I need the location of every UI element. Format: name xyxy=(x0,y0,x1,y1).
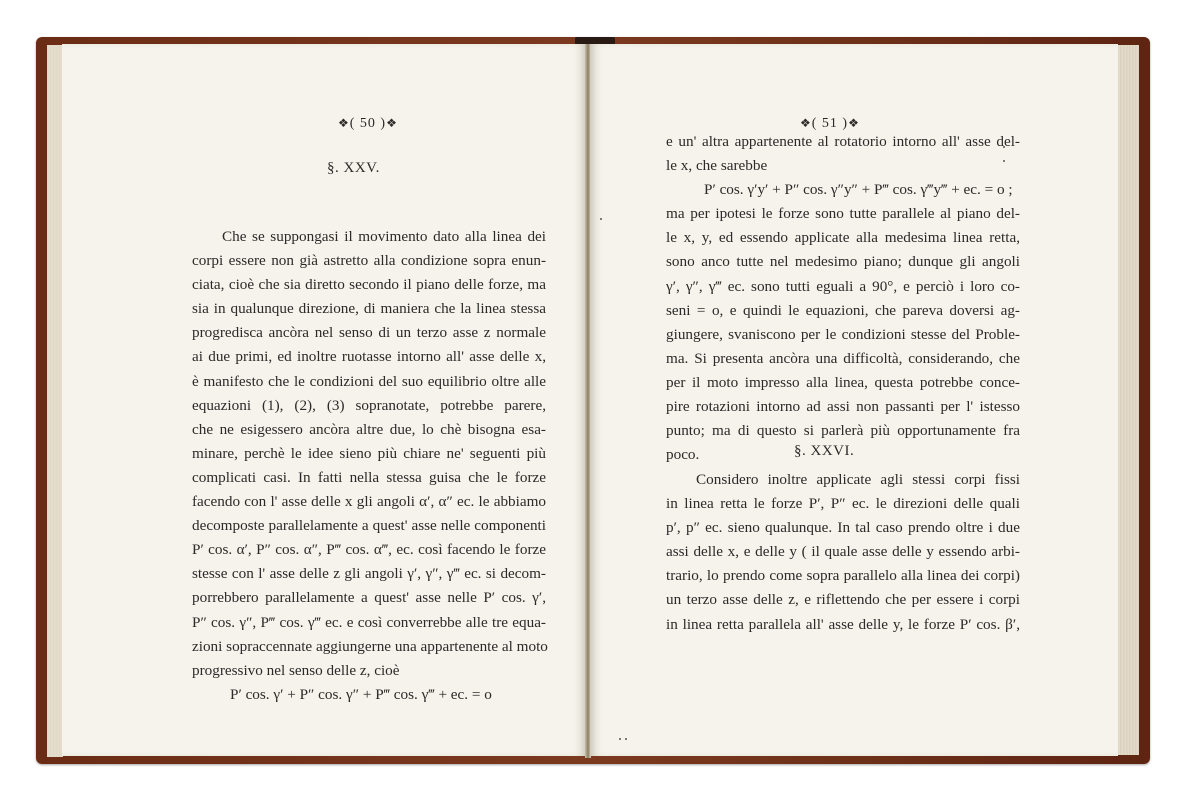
text-line: ai due primi, ed inoltre ruotasse intorn… xyxy=(192,345,546,369)
text-line: che ne esigessero ancòra altre due, lo c… xyxy=(192,418,546,442)
paper-speck xyxy=(600,218,602,220)
text-line: pire rotazioni intorno ad assi non passa… xyxy=(666,395,1020,419)
paper-speck xyxy=(1003,160,1005,162)
text-line: progredisca ancòra nel senso di un terzo… xyxy=(192,321,546,345)
text-line: seni = o, e quindi le equazioni, che par… xyxy=(666,299,1020,323)
text-line: in linea retta le forze P′, P″ ec. le di… xyxy=(666,492,1020,516)
folio-text: ( 51 ) xyxy=(812,116,848,131)
text-line: Che se suppongasi il movimento dato alla… xyxy=(192,225,546,249)
paper-speck xyxy=(625,738,627,740)
text-line: complicati casi. In fatti nella stessa g… xyxy=(192,466,546,490)
ornament-icon: ❖ xyxy=(800,116,812,130)
text-line: punto; ma di questo si parlerà più oppor… xyxy=(666,419,1020,443)
text-line: e un' altra appartenente al rotatorio in… xyxy=(666,130,1020,154)
text-line: trario, lo prendo come sopra parallelo a… xyxy=(666,564,1020,588)
text-line: Considero inoltre applicate agli stessi … xyxy=(666,468,1020,492)
formula-line: P′ cos. γ′y′ + P″ cos. γ″y″ + P‴ cos. γ‴… xyxy=(666,178,1020,202)
ornament-icon: ❖ xyxy=(848,116,860,130)
section-heading-xxvi: §. XXVI. xyxy=(794,443,854,460)
text-line: stesse con l' asse delle z gli angoli γ′… xyxy=(192,562,546,586)
text-line: equazioni (1), (2), (3) sopranotate, pot… xyxy=(192,394,546,418)
page-edges-left xyxy=(47,45,63,757)
text-line: minare, perchè le idee sieno più chiare … xyxy=(192,442,546,466)
text-line: ma per ipotesi le forze sono tutte paral… xyxy=(666,202,1020,226)
paper-speck xyxy=(1003,146,1005,148)
paper-speck xyxy=(619,738,621,740)
text-line: assi delle x, e delle y ( il quale asse … xyxy=(666,540,1020,564)
text-line: è manifesto che le condizioni del suo eq… xyxy=(192,370,546,394)
text-line: progressivo nel senso delle z, cioè xyxy=(192,659,546,683)
text-line: ma. Si presenta ancòra una difficoltà, c… xyxy=(666,347,1020,371)
left-page-body: Che se suppongasi il movimento dato alla… xyxy=(192,225,546,707)
text-line: p′, p″ ec. sieno qualunque. In tal caso … xyxy=(666,516,1020,540)
text-line: le x, che sarebbe xyxy=(666,154,1020,178)
folio-text: ( 50 ) xyxy=(350,116,386,131)
text-line: porrebbero parallelamente a quest' asse … xyxy=(192,586,546,610)
text-line: facendo con l' asse delle x gli angoli α… xyxy=(192,490,546,514)
text-line: le x, y, ed essendo applicate alla medes… xyxy=(666,226,1020,250)
text-line: zioni sopraccennate aggiungerne una appa… xyxy=(192,635,546,659)
right-page-body-bottom: Considero inoltre applicate agli stessi … xyxy=(666,468,1020,637)
text-line: γ′, γ″, γ‴ ec. sono tutti eguali a 90°, … xyxy=(666,275,1020,299)
page-edges-right xyxy=(1117,45,1139,755)
text-line: in linea retta parallela all' asse delle… xyxy=(666,613,1020,637)
text-line: decomposte parallelamente a quest' asse … xyxy=(192,514,546,538)
text-line: per il moto impresso alla linea, questa … xyxy=(666,371,1020,395)
text-line: corpi essere non già astretto alla condi… xyxy=(192,249,546,273)
text-line: P″ cos. γ″, P‴ cos. γ‴ ec. e così conver… xyxy=(192,611,546,635)
ornament-icon: ❖ xyxy=(386,116,398,130)
left-page-number: ❖( 50 )❖ xyxy=(338,116,398,132)
formula-line: P′ cos. γ′ + P″ cos. γ″ + P‴ cos. γ‴ + e… xyxy=(192,683,546,707)
text-line: un terzo asse delle z, e riflettendo che… xyxy=(666,588,1020,612)
text-line: ciata, cioè che sia diretto secondo il p… xyxy=(192,273,546,297)
text-line: sia in qualunque direzione, di maniera c… xyxy=(192,297,546,321)
ornament-icon: ❖ xyxy=(338,116,350,130)
text-line: giungere, svaniscono per le condizioni s… xyxy=(666,323,1020,347)
section-heading-xxv: §. XXV. xyxy=(327,160,380,177)
text-line: sono anco tutte nel medesimo piano; dunq… xyxy=(666,250,1020,274)
right-page-body-top: e un' altra appartenente al rotatorio in… xyxy=(666,130,1020,467)
text-line: P′ cos. α′, P″ cos. α″, P‴ cos. α‴, ec. … xyxy=(192,538,546,562)
